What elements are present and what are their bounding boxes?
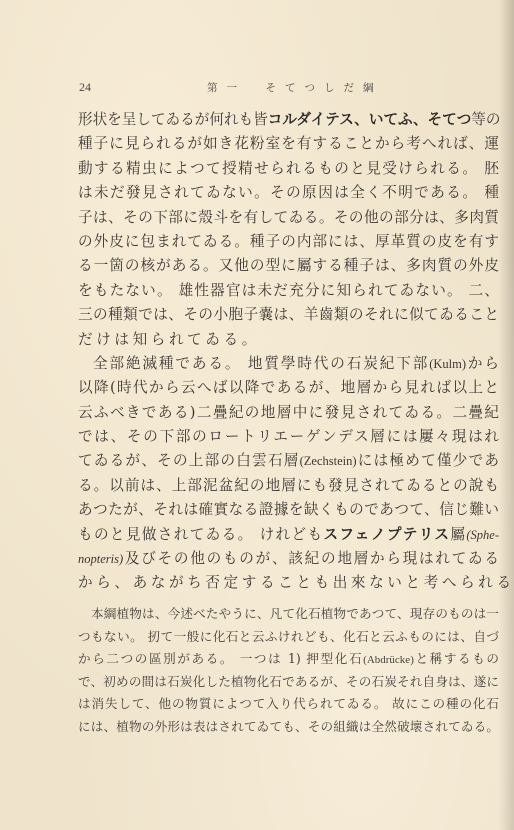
text-line: あつたが、それは確實なる證據を缺くものであつて、信じ難い — [78, 498, 499, 522]
chapter-title: 第一 そてつしだ綱 — [207, 80, 383, 95]
latin-term: (Kulm) — [429, 357, 466, 371]
bold-term: スフェノプテリス — [323, 526, 450, 543]
text-line: 全部絶滅種である。 地質學時代の石炭紀下部(Kulm)から — [78, 352, 499, 376]
text-line: は消失して、他の物質によつて入り代られてゐる。 故にこの種の化石 — [78, 693, 499, 716]
text-line: 三の種類では、その小胞子嚢は、羊齒類のそれに似てゐること — [78, 303, 499, 327]
page-number: 24 — [79, 80, 91, 95]
text-line: 形状を呈してゐるが何れも皆コルダイテス、いてふ、そてつ等の — [78, 108, 499, 132]
text-line: 子は、その下部に殼斗を有してゐる。その他の部分は、多肉質 — [78, 206, 499, 230]
text-line: は未だ發見されてゐない。その原因は全く不明である。 種 — [78, 181, 499, 205]
text-line: だけは知られてゐる。 — [78, 328, 499, 352]
body-text: 形状を呈してゐるが何れも皆コルダイテス、いてふ、そてつ等の 種子に見られるが如き… — [78, 108, 499, 596]
italic-term: nopteris) — [78, 552, 123, 566]
text-line: をもたない。 雄性器官は未だ充分に知られてゐない。 二、 — [78, 279, 499, 303]
text-line: には、植物の外形は表はされてゐても、その組織は全然破壞されてゐる。 — [78, 716, 499, 739]
running-head: 24 第一 そてつしだ綱 — [79, 80, 499, 96]
text-line: では、その下部のロートリエーゲンデス層には屢々現はれ — [78, 425, 499, 449]
text-line: つもない。 扨て一般に化石と云ふけれども、化石と云ふものには、自づ — [78, 626, 499, 649]
text-line: 動する精虫によつて授精せられるものと見受けられる。 胚 — [78, 157, 499, 181]
latin-term: (Zechstein) — [300, 454, 357, 468]
text-line: 云ふべきである)二疊紀の地層中に發見されてゐる。二疊紀 — [78, 401, 499, 425]
latin-term: (Abdrücke) — [363, 654, 414, 666]
text-line: ものと見做されてゐる。 けれどもスフェノプテリス屬(Sphe- — [78, 523, 499, 547]
text-line: 種子に見られるが如き花粉室を有することから考へれば、運 — [78, 132, 499, 156]
bold-term: コルダイテス、いてふ、そてつ — [268, 111, 472, 128]
text-line: から、あながち否定することも出來ないと考へられる。 — [78, 571, 499, 595]
small-print-paragraph: 本綱植物は、今述べたやうに、凡て化石植物であつて、現存のものは一 つもない。 扨… — [78, 603, 499, 739]
text-line: から二つの區別がある。 一つは 1) 押型化石(Abdrücke)と稱するもの — [78, 648, 499, 671]
text-line: 以降(時代から云へば以降であるが、地層から見れば以上と — [78, 376, 499, 400]
text-line: で、初めの間は石炭化した植物化石であるが、その石炭それ自身は、遂に — [78, 671, 499, 694]
book-page: 24 第一 そてつしだ綱 形状を呈してゐるが何れも皆コルダイテス、いてふ、そてつ… — [0, 0, 514, 830]
text-line: る。以前は、上部泥盆紀の地層にも發見されてゐるとの說も — [78, 474, 499, 498]
text-line: 本綱植物は、今述べたやうに、凡て化石植物であつて、現存のものは一 — [78, 603, 499, 626]
text-line: る一箇の核がある。又他の型に屬する種子は、多肉質の外皮 — [78, 254, 499, 278]
text-line: の外皮に包まれてゐる。種子の内部には、厚革質の皮を有す — [78, 230, 499, 254]
text-line: nopteris)及びその他のものが、該紀の地層から現はれてゐる — [78, 547, 499, 571]
italic-term: (Sphe- — [466, 528, 499, 542]
text-line: てゐるが、その上部の白雲石層(Zechstein)には極めて僅少であ — [78, 449, 499, 473]
